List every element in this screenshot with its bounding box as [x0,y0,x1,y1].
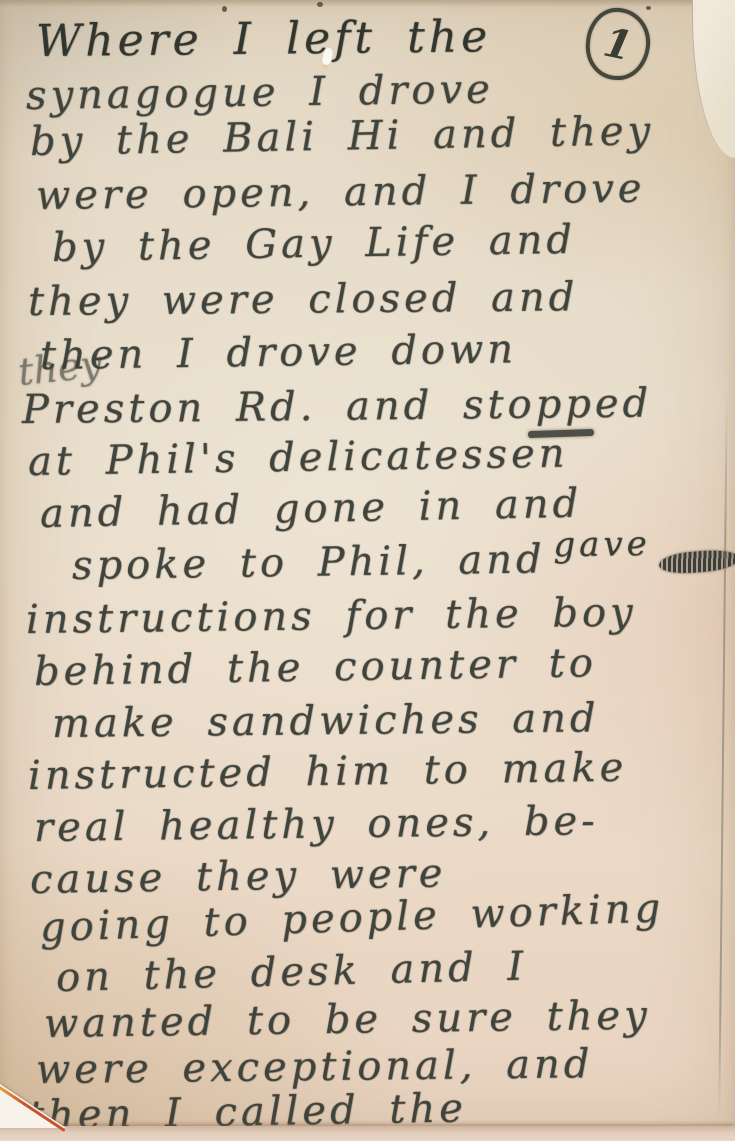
handwriting-line: instructions for the boy [26,593,637,640]
page-number-circled: 1 [584,6,653,82]
bottom-sheet-edge [0,1126,735,1141]
corner-curl-icon [692,0,735,158]
handwriting-line: were exceptional, and [36,1044,594,1090]
inserted-word: gave [553,527,651,562]
paper-edge-line [718,395,728,1119]
handwriting-line: by the Bali Hi and they [30,111,655,162]
handwriting-line: on the desk and I [56,946,528,998]
handwriting-line: wanted to be sure they [44,996,651,1044]
handwriting-line: instructed him to make [28,748,628,796]
folded-corner [0,1084,66,1128]
handwriting-line: make sandwiches and [52,698,600,744]
handwriting-line: synagogue I drove [26,69,494,116]
handwriting-line: by the Gay Life and [52,220,577,268]
paper-top-edge-shade [0,0,735,7]
paper-speck [317,2,323,7]
handwriting-line: spoke to Phil, andgavethe [72,536,735,586]
paper-speck [646,6,651,10]
handwriting-line: real healthy ones, be- [34,801,599,848]
retraced-word: they [16,342,104,395]
handwriting-line: were open, and I drove [36,169,646,216]
handwriting-line: behind the counter to [34,643,597,692]
handwritten-letter-page: 1 Where I left the synagogue I drove by … [0,0,735,1141]
handwriting-line: and had gone in and [40,484,583,534]
handwriting-line: cause they were [30,853,447,900]
page-number: 1 [599,18,636,70]
handwriting-line: Preston Rd. and stopped [22,383,653,430]
handwriting-line: they were closed and [28,277,579,322]
handwriting-line: then I drove down [40,329,517,376]
handwriting-line: at Phil's delicatessen [28,434,569,482]
paper-speck [222,6,227,12]
handwriting-line: Where I left the [36,15,492,64]
handwriting-text: spoke to Phil, and [72,536,546,589]
pencil-smudge [528,429,594,438]
